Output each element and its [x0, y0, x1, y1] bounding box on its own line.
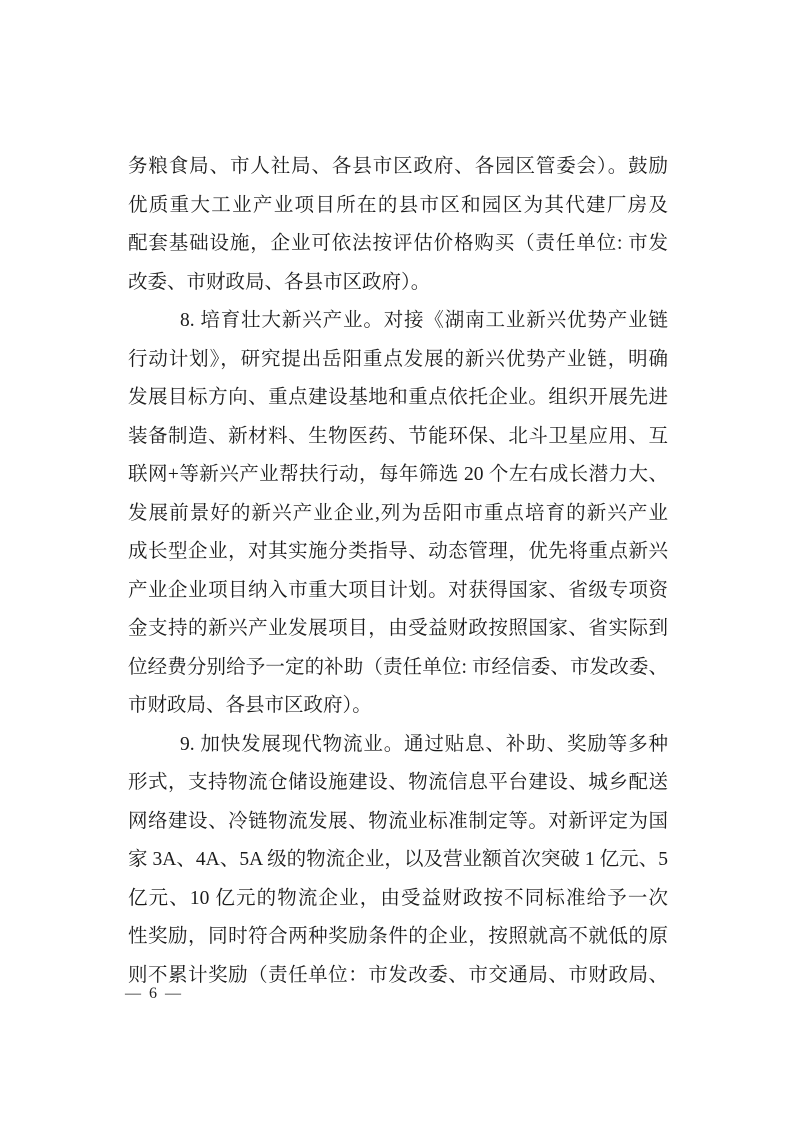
text-line: 发展前景好的新兴产业企业,列为岳阳市重点培育的新兴产业 — [128, 495, 668, 534]
text-line: 配套基础设施，企业可依法按评估价格购买（责任单位: 市发 — [128, 225, 668, 264]
page-number: — 6 — — [125, 984, 183, 1004]
text-line: 亿元、10 亿元的物流企业，由受益财政按不同标准给予一次 — [128, 880, 668, 919]
text-line: 改委、市财政局、各县市区政府）。 — [128, 264, 668, 303]
text-line: 网络建设、冷链物流发展、物流业标准制定等。对新评定为国 — [128, 803, 668, 842]
text-line: 优质重大工业产业项目所在的县市区和园区为其代建厂房及 — [128, 187, 668, 226]
text-line: 则不累计奖励（责任单位：市发改委、市交通局、市财政局、 — [128, 957, 668, 996]
text-line: 性奖励，同时符合两种奖励条件的企业，按照就高不就低的原 — [128, 918, 668, 957]
text-line-section-9-heading: 9. 加快发展现代物流业。通过贴息、补助、奖励等多种 — [128, 726, 668, 765]
document-page: 务粮食局、市人社局、各县市区政府、各园区管委会）。鼓励 优质重大工业产业项目所在… — [0, 0, 793, 1122]
document-body: 务粮食局、市人社局、各县市区政府、各园区管委会）。鼓励 优质重大工业产业项目所在… — [128, 148, 668, 995]
text-line: 联网+等新兴产业帮扶行动，每年筛选 20 个左右成长潜力大、 — [128, 456, 668, 495]
text-line: 成长型企业，对其实施分类指导、动态管理，优先将重点新兴 — [128, 533, 668, 572]
text-line: 位经费分别给予一定的补助（责任单位: 市经信委、市发改委、 — [128, 649, 668, 688]
text-line: 形式，支持物流仓储设施建设、物流信息平台建设、城乡配送 — [128, 764, 668, 803]
text-line: 市财政局、各县市区政府）。 — [128, 687, 668, 726]
text-line: 行动计划》，研究提出岳阳重点发展的新兴优势产业链，明确 — [128, 341, 668, 380]
text-line: 家 3A、4A、5A 级的物流企业，以及营业额首次突破 1 亿元、5 — [128, 841, 668, 880]
text-line: 发展目标方向、重点建设基地和重点依托企业。组织开展先进 — [128, 379, 668, 418]
text-line: 产业企业项目纳入市重大项目计划。对获得国家、省级专项资 — [128, 572, 668, 611]
text-line: 装备制造、新材料、生物医药、节能环保、北斗卫星应用、互 — [128, 418, 668, 457]
text-line-section-8-heading: 8. 培育壮大新兴产业。对接《湖南工业新兴优势产业链 — [128, 302, 668, 341]
text-line: 务粮食局、市人社局、各县市区政府、各园区管委会）。鼓励 — [128, 148, 668, 187]
text-line: 金支持的新兴产业发展项目，由受益财政按照国家、省实际到 — [128, 610, 668, 649]
